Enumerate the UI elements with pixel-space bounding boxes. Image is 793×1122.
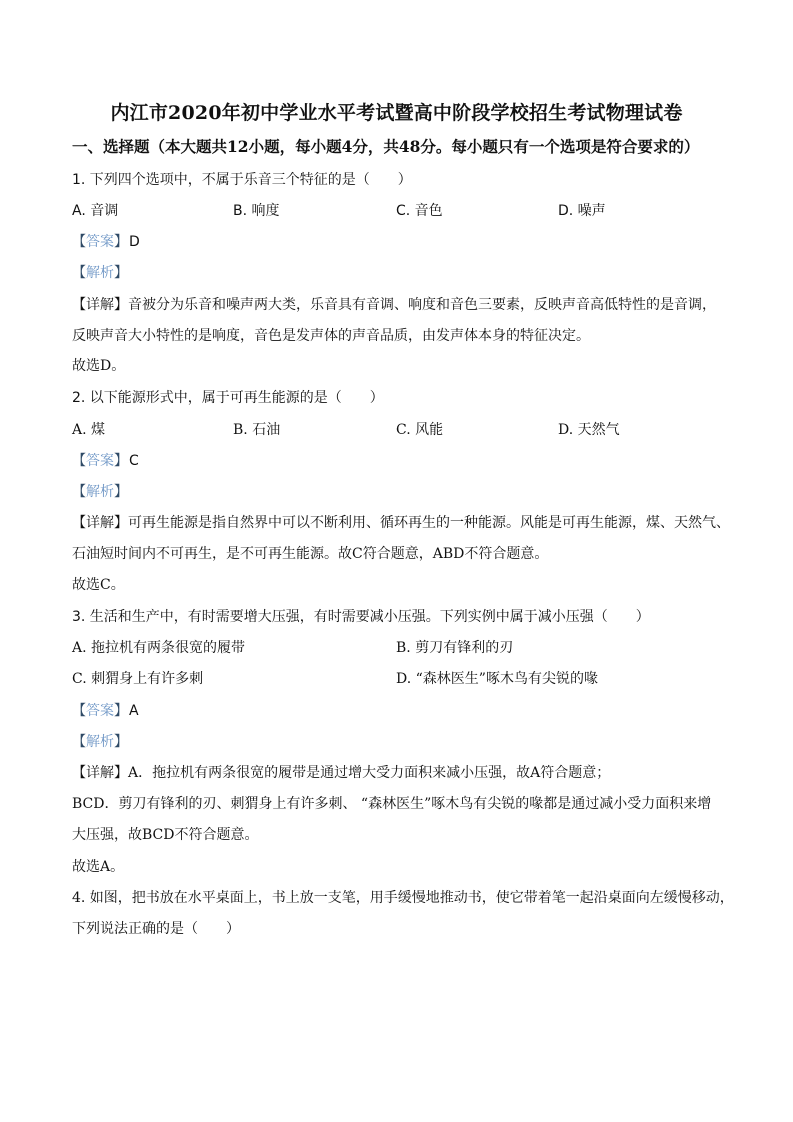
question-1-option-c: C. 音色 <box>396 201 443 221</box>
question-3-detail-line-1: 【详解】A．拖拉机有两条很宽的履带是通过增大受力面积来减小压强，故A符合题意； <box>72 763 610 783</box>
question-3-option-b: B. 剪刀有锋利的刃 <box>396 638 513 658</box>
answer-label: 答案 <box>86 703 114 719</box>
question-2-analysis-label: 【解析】 <box>72 482 128 502</box>
question-1-analysis-label: 【解析】 <box>72 263 128 283</box>
question-2-stem: 2. 以下能源形式中，属于可再生能源的是（ ） <box>72 388 384 408</box>
answer-bracket-close: 】 <box>114 703 128 719</box>
answer-label: 答案 <box>86 453 114 469</box>
question-3-detail-line-3: 大压强，故BCD不符合题意。 <box>72 825 258 845</box>
question-1-detail-line-2: 反映声音大小特性的是响度，音色是发声体的声音品质，由发声体本身的特征决定。 <box>72 326 590 346</box>
question-3-analysis-label: 【解析】 <box>72 732 128 752</box>
answer-bracket-open: 【 <box>72 453 86 469</box>
exam-page: 内江市2020年初中学业水平考试暨高中阶段学校招生考试物理试卷 一、选择题（本大… <box>0 0 793 1122</box>
question-1-conclusion: 故选D。 <box>72 356 125 376</box>
analysis-label: 解析 <box>86 484 114 500</box>
question-1-stem: 1. 下列四个选项中，不属于乐音三个特征的是（ ） <box>72 170 412 190</box>
question-3-detail-line-2: BCD．剪刀有锋利的刃、刺猬身上有许多刺、 “森林医生”啄木鸟有尖锐的喙都是通过… <box>72 794 711 814</box>
question-2-detail-line-2: 石油短时间内不可再生，是不可再生能源。故C符合题意，ABD不符合题意。 <box>72 544 548 564</box>
analysis-bracket-open: 【 <box>72 734 86 750</box>
question-1-option-d: D. 噪声 <box>558 201 606 221</box>
answer-value: D <box>129 234 140 250</box>
question-2-option-d: D. 天然气 <box>558 420 620 440</box>
analysis-bracket-close: 】 <box>114 265 128 281</box>
section-heading: 一、选择题（本大题共12小题，每小题4分，共48分。每小题只有一个选项是符合要求… <box>72 137 699 157</box>
question-2-option-c: C. 风能 <box>396 420 443 440</box>
answer-value: A <box>129 703 139 719</box>
question-3-option-a: A. 拖拉机有两条很宽的履带 <box>72 638 245 658</box>
question-2-conclusion: 故选C。 <box>72 575 125 595</box>
question-2-option-b: B. 石油 <box>233 420 280 440</box>
question-4-stem-line-2: 下列说法正确的是（ ） <box>72 919 240 939</box>
analysis-bracket-close: 】 <box>114 734 128 750</box>
question-4-stem-line-1: 4. 如图，把书放在水平桌面上，书上放一支笔，用手缓慢地推动书，使它带着笔一起沿… <box>72 888 734 908</box>
answer-label: 答案 <box>86 234 114 250</box>
answer-bracket-open: 【 <box>72 703 86 719</box>
question-2-option-a: A. 煤 <box>72 420 105 440</box>
question-1-detail-line-1: 【详解】音被分为乐音和噪声两大类，乐音具有音调、响度和音色三要素，反映声音高低特… <box>72 295 716 315</box>
question-3-option-c: C. 刺猬身上有许多刺 <box>72 669 203 689</box>
question-3-stem: 3. 生活和生产中，有时需要增大压强，有时需要减小压强。下列实例中属于减小压强（… <box>72 607 650 627</box>
answer-value: C <box>129 453 139 469</box>
answer-bracket-close: 】 <box>114 453 128 469</box>
analysis-bracket-open: 【 <box>72 265 86 281</box>
question-3-conclusion: 故选A。 <box>72 857 124 877</box>
page-title: 内江市2020年初中学业水平考试暨高中阶段学校招生考试物理试卷 <box>0 100 793 126</box>
question-1-option-a: A. 音调 <box>72 201 118 221</box>
analysis-bracket-close: 】 <box>114 484 128 500</box>
question-2-detail-line-1: 【详解】可再生能源是指自然界中可以不断利用、循环再生的一种能源。风能是可再生能源… <box>72 513 730 533</box>
analysis-label: 解析 <box>86 734 114 750</box>
question-2-answer: 【答案】C <box>72 451 139 471</box>
question-1-option-b: B. 响度 <box>233 201 280 221</box>
question-3-answer: 【答案】A <box>72 701 139 721</box>
answer-bracket-close: 】 <box>114 234 128 250</box>
question-1-answer: 【答案】D <box>72 232 140 252</box>
answer-bracket-open: 【 <box>72 234 86 250</box>
analysis-label: 解析 <box>86 265 114 281</box>
question-3-option-d: D. “森林医生”啄木鸟有尖锐的喙 <box>396 669 598 689</box>
analysis-bracket-open: 【 <box>72 484 86 500</box>
